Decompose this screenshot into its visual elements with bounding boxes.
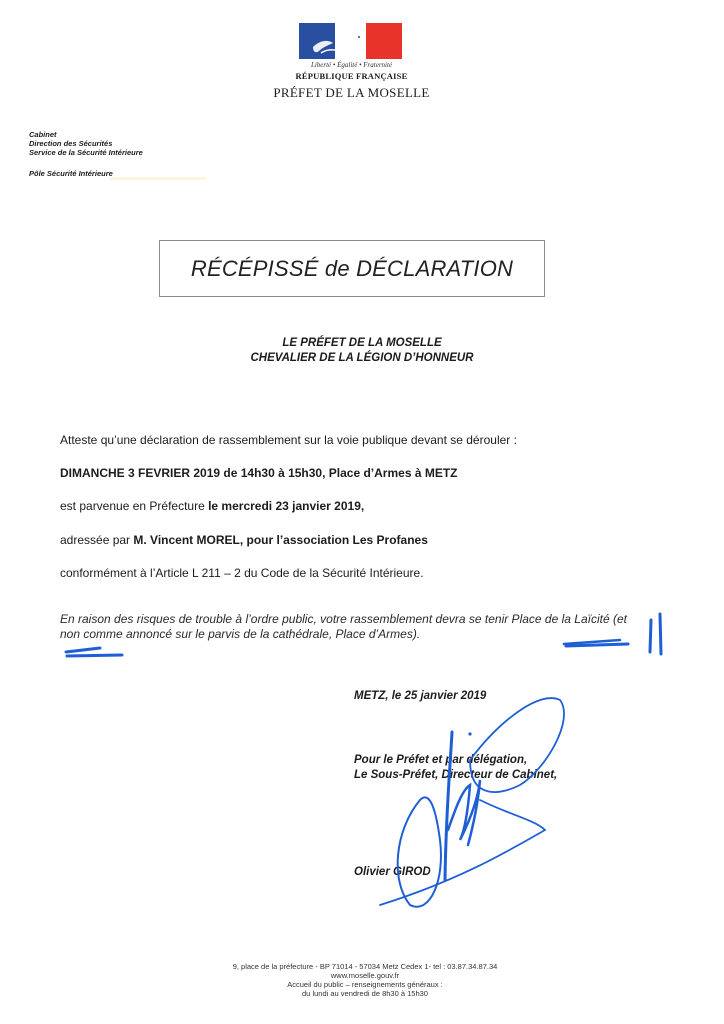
service-line-service: Service de la Sécurité Intérieure xyxy=(29,148,143,157)
relocation-notice: En raison des risques de trouble à l’ord… xyxy=(60,612,650,641)
prefect-heading: LE PRÉFET DE LA MOSELLE CHEVALIER DE LA … xyxy=(150,336,574,366)
addressed-line: adressée par M. Vincent MOREL, pour l’as… xyxy=(60,533,428,547)
footer-address: 9, place de la préfecture - BP 71014 - 5… xyxy=(190,962,540,971)
republique-francaise-text: RÉPUBLIQUE FRANÇAISE xyxy=(280,71,423,81)
addressed-by: M. Vincent MOREL, pour l’association Les… xyxy=(133,533,428,547)
event-details: DIMANCHE 3 FEVRIER 2019 de 14h30 à 15h30… xyxy=(60,466,458,480)
received-line: est parvenue en Préfecture le mercredi 2… xyxy=(60,499,364,513)
service-line-cabinet: Cabinet xyxy=(29,130,143,139)
highlight-mark xyxy=(110,177,206,180)
service-block: Cabinet Direction des Sécurités Service … xyxy=(29,130,143,157)
signature-role: Pour le Préfet et par délégation, Le Sou… xyxy=(354,753,557,783)
document-title-box: RÉCÉPISSÉ de DÉCLARATION xyxy=(159,240,545,297)
conformity-text: conformément à l’Article L 211 – 2 du Co… xyxy=(60,566,424,580)
prefecture-name: PRÉFET DE LA MOSELLE xyxy=(240,85,463,101)
signatory-name: Olivier GIROD xyxy=(354,866,431,878)
service-pole: Pôle Sécurité Intérieure xyxy=(29,169,113,178)
service-line-direction: Direction des Sécurités xyxy=(29,139,143,148)
addressed-prefix: adressée par xyxy=(60,533,133,547)
received-date: le mercredi 23 janvier 2019, xyxy=(208,499,364,513)
received-prefix: est parvenue en Préfecture xyxy=(60,499,208,513)
heading-line-1: LE PRÉFET DE LA MOSELLE xyxy=(150,336,574,351)
document-title: RÉCÉPISSÉ de DÉCLARATION xyxy=(191,256,513,282)
devise-text: Liberté • Égalité • Fraternité xyxy=(280,61,423,69)
footer-website[interactable]: www.moselle.gouv.fr xyxy=(190,971,540,980)
signature-role-line-2: Le Sous-Préfet, Directeur de Cabinet, xyxy=(354,768,557,783)
footer: 9, place de la préfecture - BP 71014 - 5… xyxy=(190,962,540,998)
footer-hours: du lundi au vendredi de 8h30 à 15h30 xyxy=(190,989,540,998)
attestation-text: Atteste qu’une déclaration de rassemblem… xyxy=(60,433,517,447)
footer-hours-title: Accueil du public – renseignements génér… xyxy=(190,980,540,989)
heading-line-2: CHEVALIER DE LA LÉGION D’HONNEUR xyxy=(150,351,574,366)
signature-place-date: METZ, le 25 janvier 2019 xyxy=(354,690,486,702)
signature-role-line-1: Pour le Préfet et par délégation, xyxy=(354,753,557,768)
marianne-logo xyxy=(299,23,402,59)
